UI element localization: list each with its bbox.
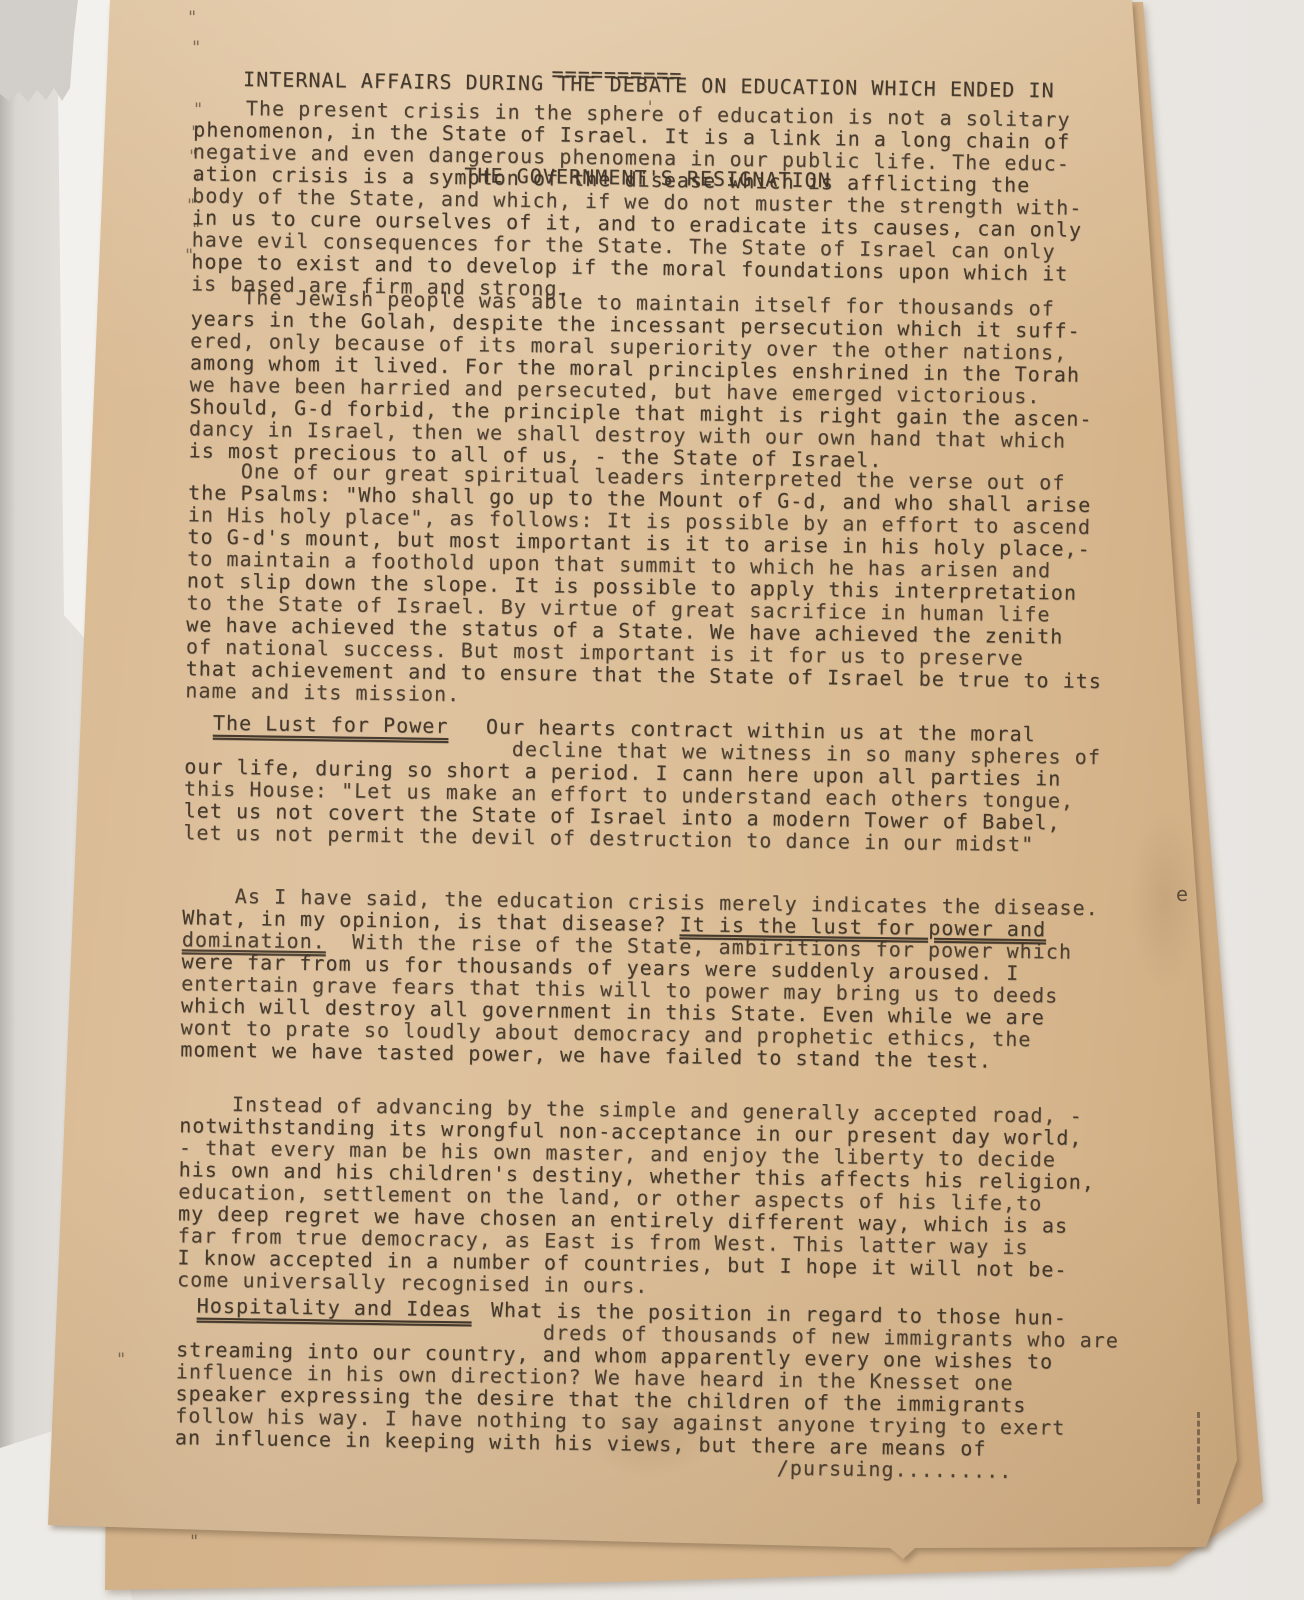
- margin-mark: ": [189, 1532, 199, 1552]
- margin-mark: ": [191, 220, 201, 240]
- margin-mark: ": [188, 147, 198, 167]
- paragraph: Hospitality and Ideas What is the positi…: [174, 1294, 1111, 1483]
- paragraph: One of our great spiritual leaders inter…: [185, 459, 1123, 714]
- margin-mark: ": [193, 100, 203, 120]
- margin-mark: ": [191, 38, 201, 58]
- margin-mark: ": [191, 172, 201, 192]
- margin-mark: ": [116, 1350, 126, 1370]
- perforation-dashes: [1197, 1412, 1200, 1504]
- margin-mark: ": [190, 123, 200, 143]
- text-layer: INTERNAL AFFAIRS DURING THE DEBATE ON ED…: [148, 0, 1130, 1573]
- paragraph: The present crisis in the sphere of educ…: [191, 96, 1129, 307]
- photo-backdrop: INTERNAL AFFAIRS DURING THE DEBATE ON ED…: [0, 0, 1304, 1600]
- paragraph: The Jewish people was able to maintain i…: [189, 285, 1126, 474]
- paragraph: The Lust for Power Our hearts contract w…: [183, 711, 1120, 856]
- underlined-text: domination.: [182, 927, 326, 953]
- margin-mark: ": [184, 246, 194, 266]
- paragraph: Instead of advancing by the simple and g…: [177, 1092, 1115, 1303]
- margin-mark: ": [187, 8, 197, 28]
- stray-character: e: [1176, 882, 1188, 906]
- margin-mark: ': [645, 98, 655, 118]
- margin-mark: ": [186, 196, 196, 216]
- paragraph: As I have said, the education crisis mer…: [180, 884, 1117, 1073]
